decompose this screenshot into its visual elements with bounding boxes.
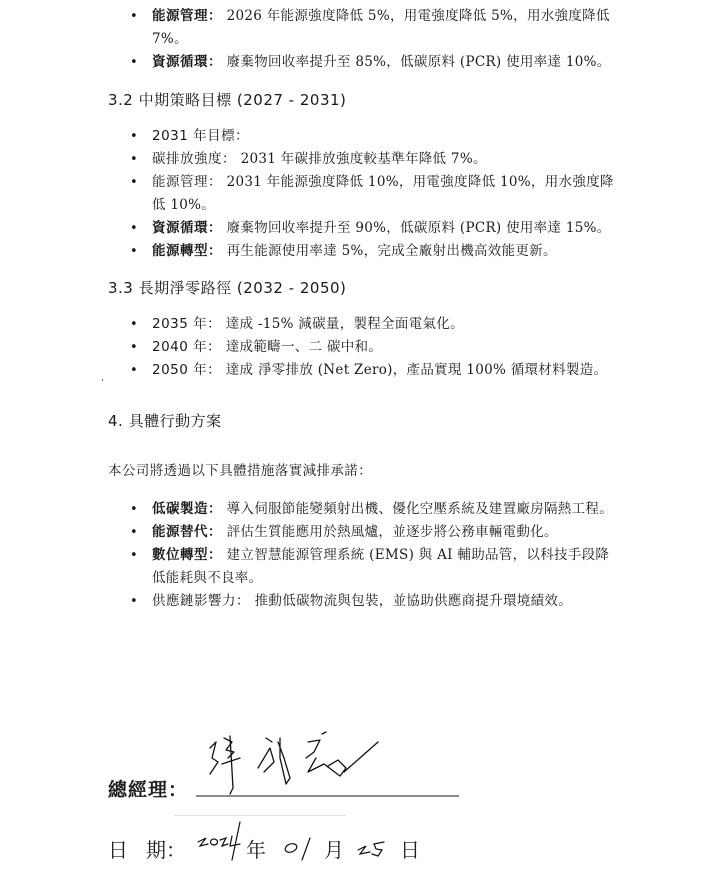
date-label-ri: 日 xyxy=(108,834,128,863)
year-label: 年 xyxy=(246,834,266,863)
item-term: 碳排放強度： xyxy=(152,151,236,167)
item-term: 2035 年： xyxy=(152,316,221,332)
item-term: 供應鏈影響力： xyxy=(152,593,250,609)
handwritten-day xyxy=(356,838,392,860)
bullet-icon: • xyxy=(130,125,138,148)
date-label-qi: 期： xyxy=(146,834,186,863)
bullet-icon: • xyxy=(130,498,138,521)
handwritten-year xyxy=(196,820,246,862)
bullet-icon: • xyxy=(130,51,138,74)
item-term: 資源循環： xyxy=(152,54,222,70)
bullet-icon: • xyxy=(130,171,138,194)
faint-scan-line xyxy=(175,815,345,817)
month-label: 月 xyxy=(324,834,344,863)
item-term: 2040 年： xyxy=(152,339,221,355)
list-item: • 能源替代： 評估生質能應用於熱風爐，並逐步將公務車輛電動化。 xyxy=(130,521,620,544)
section-3-3-heading: 3.3 長期淨零路徑 (2032 - 2050) xyxy=(108,277,346,298)
item-term: 資源循環： xyxy=(152,220,222,236)
list-item: • 低碳製造： 導入伺服節能變頻射出機、優化空壓系統及建置廠房隔熱工程。 xyxy=(130,498,620,521)
section-4-intro: 本公司將透過以下具體措施落實減排承諾： xyxy=(108,459,372,479)
list-item: • 2040 年： 達成範疇一、二 碳中和。 xyxy=(130,336,620,359)
date-row: 日 期： 年 月 日 xyxy=(108,834,438,864)
item-term: 數位轉型： xyxy=(152,547,222,563)
item-text: 再生能源使用率達 5%，完成全廠射出機高效能更新。 xyxy=(222,243,557,259)
item-text: 2031 年碳排放強度較基準年降低 7%。 xyxy=(236,151,487,167)
item-text: 推動低碳物流與包裝，並協助供應商提升環境績效。 xyxy=(250,593,572,609)
bullet-icon: • xyxy=(130,240,138,263)
section-3-3-list: • 2035 年： 達成 -15% 減碳量，製程全面電氣化。 • 2040 年：… xyxy=(130,313,620,382)
document-page: • 能源管理： 2026 年能源強度降低 5%，用電強度降低 5%，用水強度降低… xyxy=(0,0,725,892)
item-text: 評估生質能應用於熱風爐，並逐步將公務車輛電動化。 xyxy=(222,524,558,540)
scan-speck xyxy=(102,379,103,381)
list-item: • 2035 年： 達成 -15% 減碳量，製程全面電氣化。 xyxy=(130,313,620,336)
item-text: 達成 -15% 減碳量，製程全面電氣化。 xyxy=(221,316,464,332)
bullet-icon: • xyxy=(130,359,138,382)
bullet-icon: • xyxy=(130,217,138,240)
list-item: • 能源管理： 2031 年能源強度降低 10%，用電強度降低 10%，用水強度… xyxy=(130,171,620,217)
item-text: 2031 年能源強度降低 10%，用電強度降低 10%，用水強度降低 10%。 xyxy=(152,174,614,213)
list-item: • 供應鏈影響力： 推動低碳物流與包裝，並協助供應商提升環境績效。 xyxy=(130,590,620,613)
list-item: • 2050 年： 達成 淨零排放 (Net Zero)，產品實現 100% 循… xyxy=(130,359,620,382)
section-3-1-list: • 能源管理： 2026 年能源強度降低 5%，用電強度降低 5%，用水強度降低… xyxy=(130,5,620,74)
bullet-icon: • xyxy=(130,148,138,171)
bullet-icon: • xyxy=(130,5,138,28)
list-item: • 資源循環： 廢棄物回收率提升至 90%，低碳原料 (PCR) 使用率達 15… xyxy=(130,217,620,240)
handwritten-month xyxy=(282,836,318,862)
item-term: 低碳製造： xyxy=(152,501,222,517)
list-item: • 能源轉型： 再生能源使用率達 5%，完成全廠射出機高效能更新。 xyxy=(130,240,620,263)
bullet-icon: • xyxy=(130,336,138,359)
list-item: • 能源管理： 2026 年能源強度降低 5%，用電強度降低 5%，用水強度降低… xyxy=(130,5,620,51)
item-text: 廢棄物回收率提升至 90%，低碳原料 (PCR) 使用率達 15%。 xyxy=(222,220,611,236)
item-text: 達成 淨零排放 (Net Zero)，產品實現 100% 循環材料製造。 xyxy=(221,362,607,378)
section-4-list: • 低碳製造： 導入伺服節能變頻射出機、優化空壓系統及建置廠房隔熱工程。 • 能… xyxy=(130,498,620,613)
item-term: 2050 年： xyxy=(152,362,221,378)
list-item: • 數位轉型： 建立智慧能源管理系統 (EMS) 與 AI 輔助品管，以科技手段… xyxy=(130,544,620,590)
section-4-heading: 4. 具體行動方案 xyxy=(108,410,222,431)
item-text: 導入伺服節能變頻射出機、優化空壓系統及建置廠房隔熱工程。 xyxy=(222,501,613,517)
bullet-icon: • xyxy=(130,544,138,567)
item-term: 能源管理： xyxy=(152,8,222,24)
list-item: • 資源循環： 廢棄物回收率提升至 85%，低碳原料 (PCR) 使用率達 10… xyxy=(130,51,620,74)
item-term: 2031 年目標： xyxy=(152,128,249,144)
bullet-icon: • xyxy=(130,521,138,544)
item-text: 達成範疇一、二 碳中和。 xyxy=(221,339,382,355)
list-item: • 碳排放強度： 2031 年碳排放強度較基準年降低 7%。 xyxy=(130,148,620,171)
day-label: 日 xyxy=(400,834,420,863)
section-3-2-heading: 3.2 中期策略目標 (2027 - 2031) xyxy=(108,89,346,110)
item-term: 能源替代： xyxy=(152,524,222,540)
bullet-icon: • xyxy=(130,590,138,613)
item-term: 能源管理： xyxy=(152,174,222,190)
bullet-icon: • xyxy=(130,313,138,336)
handwritten-signature xyxy=(200,728,390,800)
item-text: 廢棄物回收率提升至 85%，低碳原料 (PCR) 使用率達 10%。 xyxy=(222,54,611,70)
general-manager-label: 總經理： xyxy=(108,775,188,802)
section-3-2-list: • 2031 年目標： • 碳排放強度： 2031 年碳排放強度較基準年降低 7… xyxy=(130,125,620,263)
list-item: • 2031 年目標： xyxy=(130,125,620,148)
item-term: 能源轉型： xyxy=(152,243,222,259)
